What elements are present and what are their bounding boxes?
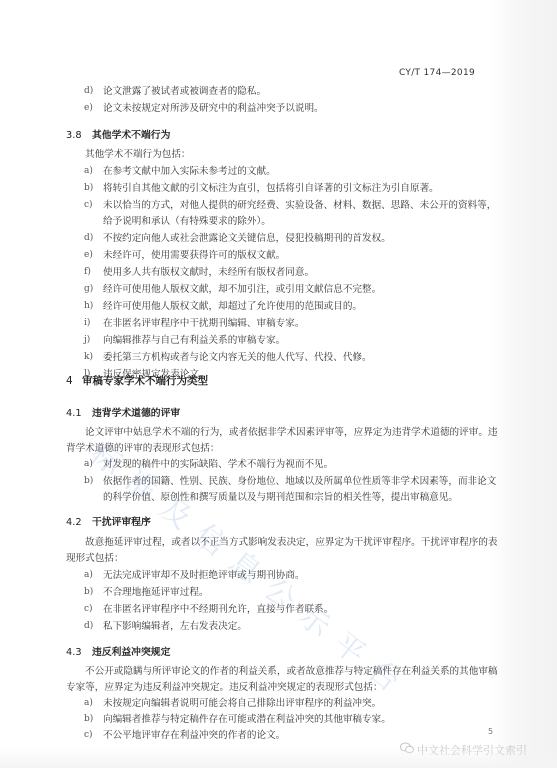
list-item: 经许可使用他人版权文献，却超过了允许使用的范围或目的。 [103,300,362,313]
list-marker: d) [84,621,93,631]
list-marker: j) [84,335,90,345]
list-marker: a) [84,570,93,580]
list-item: 不公平地评审存在利益冲突的作者的论文。 [103,729,285,742]
list-item: 向编辑推荐与自己有利益关系的审稿专家。 [103,334,285,347]
list-marker: h) [84,301,93,311]
list-item: 将转引自其他文献的引文标注为直引，包括将引自译著的引文标注为引自原著。 [103,182,439,195]
list-item: 在参考文献中加入实际未参考过的文献。 [103,165,276,178]
list-item: 依据作者的国籍、性别、民族、身份地位、地域以及所属单位性质等非学术因素等，而非论… [103,475,496,488]
paragraph: 其他学术不端行为包括： [85,148,191,161]
section-title: 违反利益冲突规定 [92,647,170,658]
section-title: 审稿专家学术不端行为类型 [82,375,208,387]
list-marker: a) [84,166,93,176]
list-marker: g) [84,284,93,294]
list-item: 论文未按规定对所涉及研究中的利益冲突予以说明。 [103,102,324,115]
list-marker: b) [84,714,93,724]
section-heading-3-8: 3.8其他学术不端行为 [66,127,170,141]
list-item: 使用多人共有版权文献时，未经所有版权者同意。 [103,266,314,279]
page-number: 5 [488,727,493,736]
paragraph-continued: 现形式包括： [66,552,124,565]
list-marker: d) [84,233,93,243]
list-item: 论文泄露了被试者或被调查者的隐私。 [103,85,266,98]
paragraph-continued: 专家等，应界定为违反利益冲突规定。违反利益冲突规定的表现形式包括： [66,681,383,694]
list-item: 委托第三方机构或者与论文内容无关的他人代写、代投、代修。 [103,351,372,364]
section-number: 4 [66,375,82,387]
section-number: 4.2 [66,517,92,528]
list-marker: b) [84,476,93,486]
list-item: 在非匿名评审程序中不经期刊允许，直接与作者联系。 [103,603,333,616]
list-item-continued: 的科学价值、原创性和撰写质量以及与期刊范围和宗旨的相关性等，提出审稿意见。 [103,491,458,504]
section-number: 4.1 [66,408,92,419]
paragraph: 故意拖延评审过程，或者以不正当方式影响发表决定，应界定为干扰评审程序。干扰评审程… [85,536,498,549]
list-marker: f) [84,267,91,277]
section-title: 干扰评审程序 [92,517,151,528]
list-marker: e) [84,250,93,260]
section-number: 4.3 [66,647,92,658]
list-marker: c) [84,200,93,210]
document-page: CY/T 174—2019 d) 论文泄露了被试者或被调查者的隐私。 e) 论文… [0,0,557,768]
paragraph: 不公开或隐瞒与所评审论文的作者的利益关系，或者故意推荐与特定稿件存在利益关系的其… [85,665,498,678]
section-title: 其他学术不端行为 [92,130,170,141]
section-heading-4-2: 4.2干扰评审程序 [66,514,151,528]
paragraph: 论文评审中姑息学术不端的行为，或者依据非学术因素评审等，应界定为违背学术道德的评… [85,426,498,439]
page-shadow [0,746,557,768]
list-item: 向编辑者推荐与特定稿件存在可能或潜在利益冲突的其他审稿专家。 [103,713,391,726]
list-item: 私下影响编辑者，左右发表决定。 [103,620,247,633]
list-marker: b) [84,587,93,597]
section-number: 3.8 [66,130,92,141]
section-heading-4-3: 4.3违反利益冲突规定 [66,644,170,658]
list-item: 无法完成评审却不及时拒绝评审或与期刊协商。 [103,569,304,582]
list-item: 不合理地拖延评审过程。 [103,586,209,599]
list-marker: e) [84,103,93,113]
list-item: 未按规定向编辑者说明可能会将自己排除出评审程序的利益冲突。 [103,697,381,710]
list-marker: a) [84,698,93,708]
list-item: 在非匿名评审程序中干扰期刊编辑、审稿专家。 [103,317,304,330]
chapter-4-heading: 4审稿专家学术不端行为类型 [66,373,208,388]
list-marker: c) [84,730,93,740]
standard-code: CY/T 174—2019 [399,68,475,78]
list-marker: a) [84,459,93,469]
list-item: 对发现的稿件中的实际缺陷、学术不端行为视而不见。 [103,458,333,471]
list-marker: d) [84,86,93,96]
list-item: 不按约定向他人或社会泄露论文关键信息，侵犯投稿期刊的首发权。 [103,232,391,245]
section-title: 违背学术道德的评审 [92,408,180,419]
paragraph-continued: 背学术道德的评审的表现形式包括： [66,442,220,455]
list-item: 经许可使用他人版权文献，却不加引注，或引用文献信息不完整。 [103,283,381,296]
list-marker: k) [84,352,93,362]
list-marker: b) [84,183,93,193]
list-marker: i) [84,318,90,328]
section-heading-4-1: 4.1违背学术道德的评审 [66,405,180,419]
list-marker: c) [84,604,93,614]
list-item: 未以恰当的方式，对他人提供的研究经费、实验设备、材料、数据、思路、未公开的资料等… [103,199,496,212]
list-item: 未经许可，使用需要获得许可的版权文献。 [103,249,285,262]
list-item-continued: 给予说明和承认（有特殊要求的除外）。 [103,215,271,228]
